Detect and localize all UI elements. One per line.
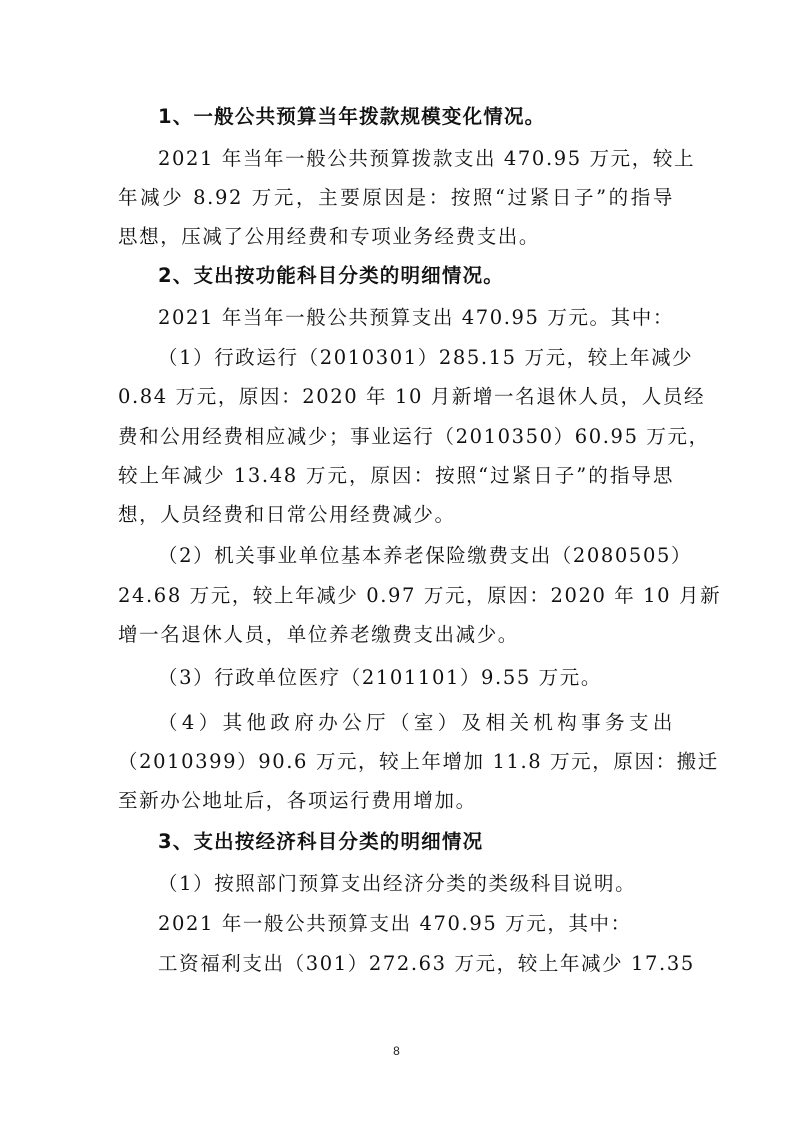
paragraph-line: 思想，压减了公用经费和专项业务经费支出。 <box>118 224 674 250</box>
paragraph-line: 2021 年当年一般公共预算支出 470.95 万元。其中： <box>158 305 674 331</box>
section-heading-1: 1、一般公共预算当年拨款规模变化情况。 <box>158 104 674 130</box>
paragraph-line: 增一名退休人员，单位养老缴费支出减少。 <box>118 622 674 648</box>
paragraph-line: （3）行政单位医疗（2101101）9.55 万元。 <box>158 665 674 691</box>
paragraph-line: （2010399）90.6 万元，较上年增加 11.8 万元，原因：搬迁 <box>118 749 674 775</box>
paragraph-line: 年减少 8.92 万元，主要原因是：按照“过紧日子”的指导 <box>118 185 674 211</box>
paragraph-line: （1）行政运行（2010301）285.15 万元，较上年减少 <box>158 345 674 371</box>
section-heading-2: 2、支出按功能科目分类的明细情况。 <box>158 263 674 289</box>
paragraph-line: （1）按照部门预算支出经济分类的类级科目说明。 <box>158 871 674 897</box>
paragraph-line: （2）机关事业单位基本养老保险缴费支出（2080505） <box>158 543 674 569</box>
paragraph-line: 0.84 万元，原因：2020 年 10 月新增一名退休人员，人员经 <box>118 384 674 410</box>
paragraph-line: 费和公用经费相应减少；事业运行（2010350）60.95 万元， <box>118 424 674 450</box>
page-number: 8 <box>0 1044 793 1058</box>
paragraph-line: 工资福利支出（301）272.63 万元，较上年减少 17.35 <box>158 951 674 977</box>
paragraph-line: 至新办公地址后，各项运行费用增加。 <box>118 788 674 814</box>
paragraph-line: （4）其他政府办公厅（室）及相关机构事务支出 <box>158 710 674 736</box>
document-page: 1、一般公共预算当年拨款规模变化情况。 2021 年当年一般公共预算拨款支出 4… <box>0 0 793 1122</box>
paragraph-line: 想，人员经费和日常公用经费减少。 <box>118 502 674 528</box>
paragraph-line: 2021 年一般公共预算支出 470.95 万元，其中： <box>158 911 674 937</box>
paragraph-line: 24.68 万元，较上年减少 0.97 万元，原因：2020 年 10 月新 <box>118 583 674 609</box>
section-heading-3: 3、支出按经济科目分类的明细情况 <box>158 829 674 855</box>
paragraph-line: 较上年减少 13.48 万元，原因：按照“过紧日子”的指导思 <box>118 463 674 489</box>
paragraph-line: 2021 年当年一般公共预算拨款支出 470.95 万元，较上 <box>158 146 674 172</box>
